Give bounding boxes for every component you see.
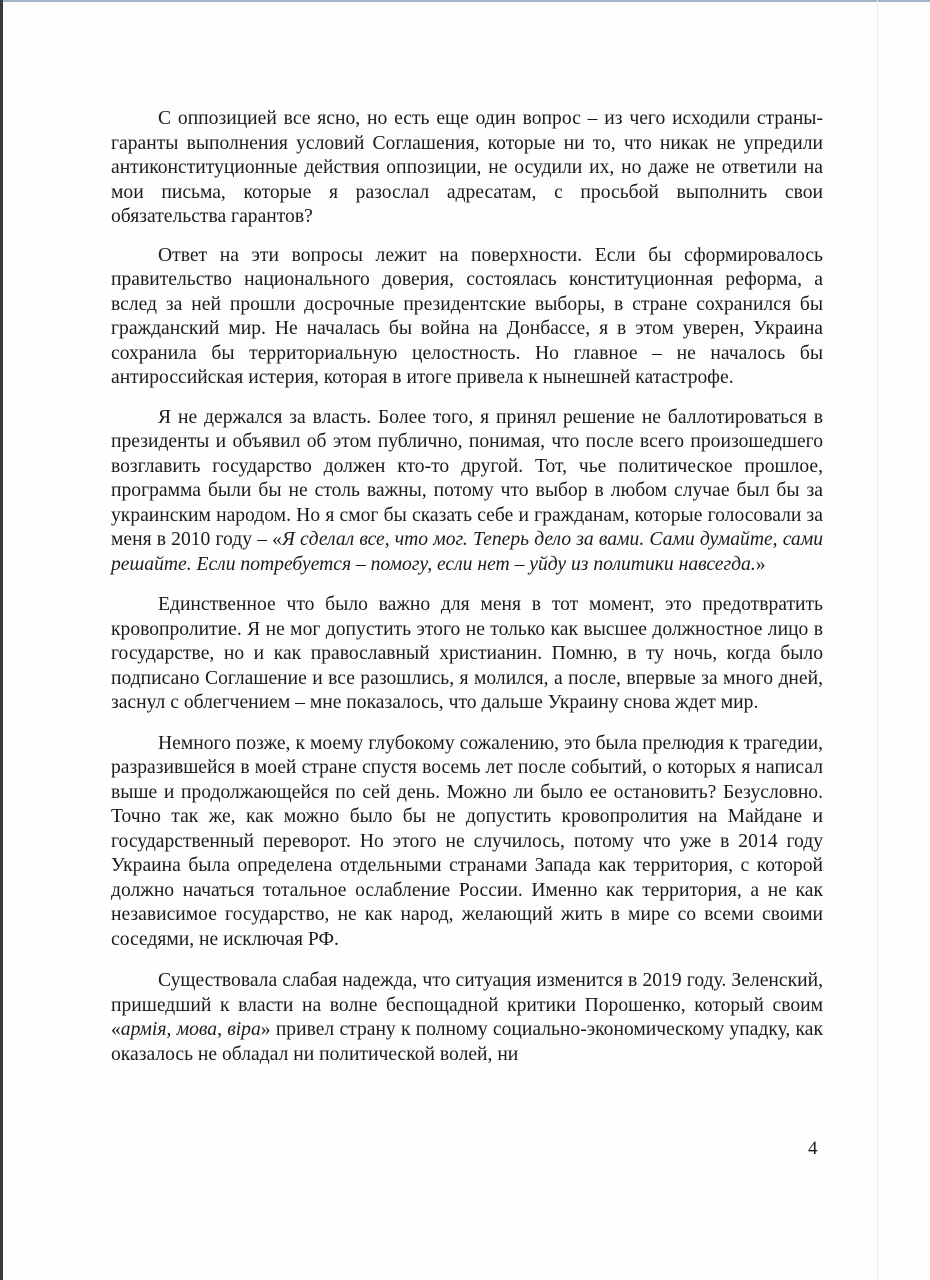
page-number: 4 xyxy=(808,1138,818,1160)
paragraph-1: С оппозицией все ясно, но есть еще один … xyxy=(111,107,823,230)
paragraph-3-quote-close: » xyxy=(756,554,766,575)
scan-fold-line xyxy=(877,0,878,1280)
scan-edge-top xyxy=(3,0,930,2)
paragraph-4: Единственное что было важно для меня в т… xyxy=(111,593,823,716)
paragraph-2: Ответ на эти вопросы лежит на поверхност… xyxy=(111,244,823,391)
document-page: С оппозицией все ясно, но есть еще один … xyxy=(0,0,930,1280)
paragraph-5: Немного позже, к моему глубокому сожален… xyxy=(111,732,823,953)
paragraph-3: Я не держался за власть. Более того, я п… xyxy=(111,406,823,578)
document-body: С оппозицией все ясно, но есть еще один … xyxy=(111,107,823,1067)
paragraph-6-quote: армія, мова, віра xyxy=(121,1019,261,1040)
paragraph-6: Существовала слабая надежда, что ситуаци… xyxy=(111,969,823,1067)
